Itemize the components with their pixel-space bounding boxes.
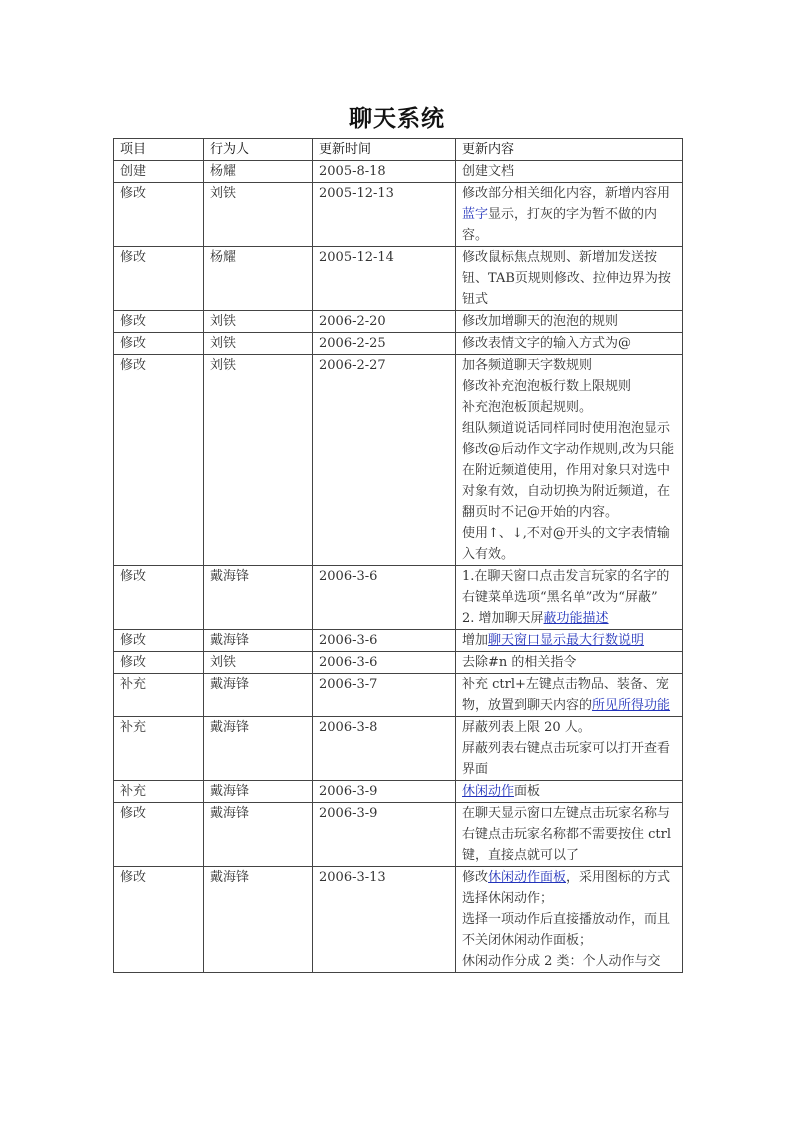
content-text: 修改加增聊天的泡泡的规则: [462, 314, 618, 329]
row-date: 2006-3-6: [313, 652, 456, 674]
row-content: 创建文档: [456, 161, 683, 183]
row-content: 加各频道聊天字数规则修改补充泡泡板行数上限规则补充泡泡板顶起规则。组队频道说话同…: [456, 355, 683, 566]
row-person: 杨耀: [204, 161, 313, 183]
row-date: 2006-3-9: [313, 803, 456, 867]
table-body: 创建杨耀2005-8-18创建文档修改刘铁2005-12-13修改部分相关细化内…: [114, 161, 683, 973]
row-person: 刘铁: [204, 311, 313, 333]
content-link[interactable]: 蔽功能描述: [544, 611, 609, 626]
content-text: 修改: [462, 870, 488, 885]
row-type: 修改: [114, 311, 204, 333]
row-content: 修改休闲动作面板，采用图标的方式选择休闲动作；选择一项动作后直接播放动作，而且不…: [456, 867, 683, 973]
content-line: 去除#n 的相关指令: [462, 652, 676, 673]
content-line: 使用↑、↓,不对@开头的文字表情输入有效。: [462, 523, 676, 565]
row-person: 刘铁: [204, 333, 313, 355]
content-text: 修改补充泡泡板行数上限规则: [462, 379, 631, 394]
content-text: 2. 增加聊天屏: [462, 611, 544, 626]
row-person: 杨耀: [204, 247, 313, 311]
row-date: 2006-2-20: [313, 311, 456, 333]
content-line: 2. 增加聊天屏蔽功能描述: [462, 608, 676, 629]
header-content: 更新内容: [456, 139, 683, 161]
content-line: 创建文档: [462, 161, 676, 182]
row-date: 2006-2-27: [313, 355, 456, 566]
table-row: 修改戴海锋2006-3-61.在聊天窗口点击发言玩家的名字的右键菜单选项“黑名单…: [114, 566, 683, 630]
content-text: 去除#n 的相关指令: [462, 655, 576, 670]
content-line: 修改@后动作文字动作规则,改为只能在附近频道使用，作用对象只对选中对象有效，自动…: [462, 439, 676, 523]
row-date: 2005-8-18: [313, 161, 456, 183]
table-row: 补充戴海锋2006-3-9休闲动作面板: [114, 781, 683, 803]
row-type: 修改: [114, 247, 204, 311]
document-title: 聊天系统: [0, 100, 794, 133]
header-item: 项目: [114, 139, 204, 161]
row-date: 2006-3-6: [313, 566, 456, 630]
row-content: 增加聊天窗口显示最大行数说明: [456, 630, 683, 652]
row-person: 戴海锋: [204, 566, 313, 630]
row-person: 戴海锋: [204, 630, 313, 652]
content-line: 补充泡泡板顶起规则。: [462, 397, 676, 418]
content-line: 修改休闲动作面板，采用图标的方式选择休闲动作；: [462, 867, 676, 909]
row-person: 戴海锋: [204, 781, 313, 803]
content-text: 修改鼠标焦点规则、新增加发送按钮、TAB页规则修改、拉伸边界为按钮式: [462, 250, 671, 307]
content-line: 加各频道聊天字数规则: [462, 355, 676, 376]
content-text: 创建文档: [462, 164, 514, 179]
row-date: 2005-12-13: [313, 183, 456, 247]
row-content: 补充 ctrl+左键点击物品、装备、宠物，放置到聊天内容的所见所得功能: [456, 674, 683, 717]
content-text: 修改部分相关细化内容，新增内容用: [462, 186, 670, 201]
table-row: 创建杨耀2005-8-18创建文档: [114, 161, 683, 183]
content-line: 补充 ctrl+左键点击物品、装备、宠物，放置到聊天内容的所见所得功能: [462, 674, 676, 716]
content-text: 面板: [514, 784, 540, 799]
content-line: 修改加增聊天的泡泡的规则: [462, 311, 676, 332]
table-row: 修改戴海锋2006-3-13修改休闲动作面板，采用图标的方式选择休闲动作；选择一…: [114, 867, 683, 973]
row-person: 刘铁: [204, 355, 313, 566]
content-line: 在聊天显示窗口左键点击玩家名称与右键点击玩家名称都不需要按住 ctrl 键，直接…: [462, 803, 676, 866]
content-text: 补充泡泡板顶起规则。: [462, 400, 592, 415]
row-type: 修改: [114, 867, 204, 973]
row-date: 2006-2-25: [313, 333, 456, 355]
blue-text: 蓝字: [462, 207, 488, 222]
row-date: 2006-3-7: [313, 674, 456, 717]
table-row: 补充戴海锋2006-3-8屏蔽列表上限 20 人。屏蔽列表右键点击玩家可以打开查…: [114, 717, 683, 781]
table-row: 修改刘铁2006-2-27加各频道聊天字数规则修改补充泡泡板行数上限规则补充泡泡…: [114, 355, 683, 566]
row-type: 修改: [114, 652, 204, 674]
content-text: 加各频道聊天字数规则: [462, 358, 592, 373]
row-date: 2006-3-13: [313, 867, 456, 973]
row-date: 2006-3-6: [313, 630, 456, 652]
row-content: 在聊天显示窗口左键点击玩家名称与右键点击玩家名称都不需要按住 ctrl 键，直接…: [456, 803, 683, 867]
row-person: 刘铁: [204, 183, 313, 247]
content-text: 增加: [462, 633, 488, 648]
row-type: 修改: [114, 566, 204, 630]
header-date: 更新时间: [313, 139, 456, 161]
content-line: 组队频道说话同样同时使用泡泡显示: [462, 418, 676, 439]
content-line: 屏蔽列表上限 20 人。: [462, 717, 676, 738]
row-person: 戴海锋: [204, 867, 313, 973]
row-date: 2006-3-9: [313, 781, 456, 803]
table-header-row: 项目 行为人 更新时间 更新内容: [114, 139, 683, 161]
row-content: 1.在聊天窗口点击发言玩家的名字的右键菜单选项“黑名单”改为“屏蔽”2. 增加聊…: [456, 566, 683, 630]
content-text: 屏蔽列表右键点击玩家可以打开查看界面: [462, 741, 670, 777]
row-type: 修改: [114, 803, 204, 867]
content-text: 屏蔽列表上限 20 人。: [462, 720, 591, 735]
content-line: 修改部分相关细化内容，新增内容用蓝字显示，打灰的字为暂不做的内容。: [462, 183, 676, 246]
content-line: 休闲动作面板: [462, 781, 676, 802]
row-content: 修改加增聊天的泡泡的规则: [456, 311, 683, 333]
table-row: 修改刘铁2006-2-25修改表情文字的输入方式为@: [114, 333, 683, 355]
table-row: 修改戴海锋2006-3-9在聊天显示窗口左键点击玩家名称与右键点击玩家名称都不需…: [114, 803, 683, 867]
row-content: 修改表情文字的输入方式为@: [456, 333, 683, 355]
row-type: 修改: [114, 183, 204, 247]
row-type: 补充: [114, 781, 204, 803]
row-person: 戴海锋: [204, 803, 313, 867]
content-line: 选择一项动作后直接播放动作，而且不关闭休闲动作面板；: [462, 909, 676, 951]
row-content: 修改部分相关细化内容，新增内容用蓝字显示，打灰的字为暂不做的内容。: [456, 183, 683, 247]
table-row: 补充戴海锋2006-3-7补充 ctrl+左键点击物品、装备、宠物，放置到聊天内…: [114, 674, 683, 717]
content-link[interactable]: 所见所得功能: [592, 698, 670, 713]
content-link[interactable]: 聊天窗口显示最大行数说明: [488, 633, 644, 648]
content-text: 选择一项动作后直接播放动作，而且不关闭休闲动作面板；: [462, 912, 670, 948]
content-text: 组队频道说话同样同时使用泡泡显示: [462, 421, 670, 436]
table-row: 修改杨耀2005-12-14修改鼠标焦点规则、新增加发送按钮、TAB页规则修改、…: [114, 247, 683, 311]
row-type: 修改: [114, 333, 204, 355]
row-type: 修改: [114, 355, 204, 566]
header-person: 行为人: [204, 139, 313, 161]
row-content: 屏蔽列表上限 20 人。屏蔽列表右键点击玩家可以打开查看界面: [456, 717, 683, 781]
content-text: 休闲动作分成 2 类：个人动作与交: [462, 954, 661, 969]
content-text: 使用↑、↓,不对@开头的文字表情输入有效。: [462, 526, 670, 562]
content-text: 在聊天显示窗口左键点击玩家名称与右键点击玩家名称都不需要按住 ctrl 键，直接…: [462, 806, 671, 863]
changelog-table: 项目 行为人 更新时间 更新内容 创建杨耀2005-8-18创建文档修改刘铁20…: [113, 138, 683, 973]
row-content: 修改鼠标焦点规则、新增加发送按钮、TAB页规则修改、拉伸边界为按钮式: [456, 247, 683, 311]
row-content: 休闲动作面板: [456, 781, 683, 803]
content-text: 修改表情文字的输入方式为@: [462, 336, 631, 351]
content-line: 屏蔽列表右键点击玩家可以打开查看界面: [462, 738, 676, 780]
table-row: 修改戴海锋2006-3-6增加聊天窗口显示最大行数说明: [114, 630, 683, 652]
row-type: 补充: [114, 717, 204, 781]
content-line: 修改补充泡泡板行数上限规则: [462, 376, 676, 397]
content-line: 休闲动作分成 2 类：个人动作与交: [462, 951, 676, 972]
content-text: 修改@后动作文字动作规则,改为只能在附近频道使用，作用对象只对选中对象有效，自动…: [462, 442, 674, 520]
content-line: 增加聊天窗口显示最大行数说明: [462, 630, 676, 651]
table-row: 修改刘铁2005-12-13修改部分相关细化内容，新增内容用蓝字显示，打灰的字为…: [114, 183, 683, 247]
content-text: 1.在聊天窗口点击发言玩家的名字的右键菜单选项“黑名单”改为“屏蔽”: [462, 569, 669, 605]
row-type: 创建: [114, 161, 204, 183]
row-date: 2005-12-14: [313, 247, 456, 311]
content-line: 修改表情文字的输入方式为@: [462, 333, 676, 354]
content-link[interactable]: 休闲动作: [462, 784, 514, 799]
content-link[interactable]: 休闲动作面板: [488, 870, 566, 885]
row-content: 去除#n 的相关指令: [456, 652, 683, 674]
row-person: 戴海锋: [204, 674, 313, 717]
content-text: 显示，打灰的字为暂不做的内容。: [462, 207, 657, 243]
table-row: 修改刘铁2006-3-6去除#n 的相关指令: [114, 652, 683, 674]
row-type: 补充: [114, 674, 204, 717]
row-type: 修改: [114, 630, 204, 652]
content-line: 1.在聊天窗口点击发言玩家的名字的右键菜单选项“黑名单”改为“屏蔽”: [462, 566, 676, 608]
table-row: 修改刘铁2006-2-20修改加增聊天的泡泡的规则: [114, 311, 683, 333]
row-person: 戴海锋: [204, 717, 313, 781]
row-person: 刘铁: [204, 652, 313, 674]
content-line: 修改鼠标焦点规则、新增加发送按钮、TAB页规则修改、拉伸边界为按钮式: [462, 247, 676, 310]
row-date: 2006-3-8: [313, 717, 456, 781]
